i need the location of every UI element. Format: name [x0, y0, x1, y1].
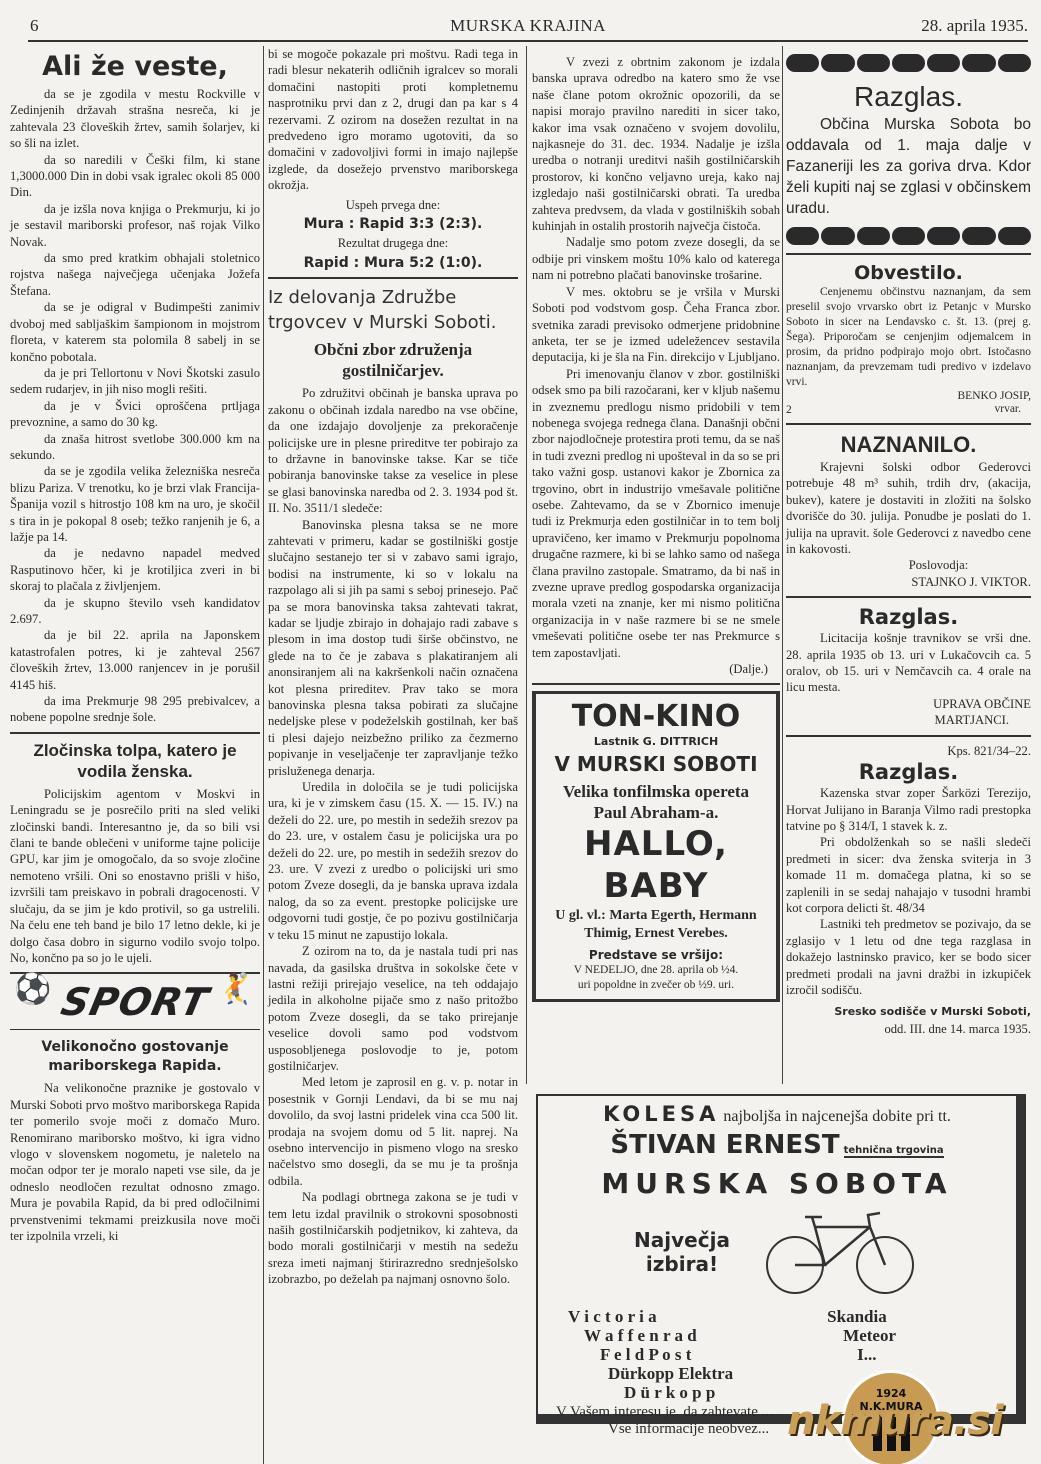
- sport-continued: bi se mogoče pokazale pri moštvu. Radi t…: [268, 46, 518, 194]
- sport-banner: ⚽ SPORT 🤾: [10, 972, 260, 1030]
- shows-time: V NEDELJO, dne 28. aprila ob ½4.: [542, 963, 770, 978]
- zdruzba-kicker: Iz delovanja Združbe trgovcev v Murski S…: [268, 285, 518, 335]
- zdruzba-paragraph: Nadalje smo potom zveze dosegli, da se o…: [532, 234, 780, 283]
- ad-number: 2: [786, 390, 792, 417]
- ton-kino-town: V MURSKI SOBOTI: [542, 751, 770, 777]
- divider: [786, 735, 1031, 737]
- zdruzba-paragraph: Uredila in določila se je tudi policijsk…: [268, 779, 518, 943]
- zdruzba-paragraph: Z ozirom na to, da je nastala tudi pri n…: [268, 943, 518, 1074]
- razglas3-reference: Kps. 821/34–22.: [786, 743, 1031, 759]
- zdruzba-paragraph: Banovinska plesna taksa se ne more zahte…: [268, 517, 518, 780]
- column-2: bi se mogoče pokazale pri moštvu. Radi t…: [268, 46, 518, 1288]
- zdruzba-paragraph: Med letom je zaprosil en g. v. p. notar …: [268, 1074, 518, 1189]
- column-divider: [526, 46, 527, 1084]
- divider: [786, 423, 1031, 425]
- brand: Meteor: [827, 1326, 896, 1345]
- result2-label: Rezultat drugega dne:: [268, 235, 518, 251]
- kolesa-tagline: najboljša in najcenejša dobite pri tt.: [723, 1108, 951, 1125]
- naznanilo-sign-label: Poslovodja:: [786, 557, 1031, 573]
- ton-kino-desc: Velika tonfilmska opereta: [542, 781, 770, 802]
- shop-subtitle: tehnična trgovina: [844, 1145, 944, 1158]
- masthead: 6 MURSKA KRAJINA 28. aprila 1935.: [28, 14, 1028, 42]
- divider: [10, 732, 260, 734]
- sport-banner-title: SPORT: [60, 994, 209, 1010]
- ton-kino-ad: TON-KINO Lastnik G. DITTRICH V MURSKI SO…: [532, 691, 780, 1002]
- zdruzba-paragraph: Na podlagi obrtnega zakona se je tudi v …: [268, 1189, 518, 1287]
- brand: V i c t o r i a: [568, 1307, 733, 1326]
- shows-label: Predstave se vršijo:: [542, 947, 770, 963]
- column-1: Ali že veste, da se je zgodila v mestu R…: [10, 46, 260, 1244]
- naznanilo-body: Krajevni šolski odbor Gederovci potrebuj…: [786, 459, 1031, 557]
- zdruzba-paragraph: Pri imenovanju članov v zbor. gostilnišk…: [532, 366, 780, 661]
- ali-ze-veste-heading: Ali že veste,: [10, 50, 260, 84]
- fact-item: da je izšla nova knjiga o Prekmurju, ki …: [10, 201, 260, 250]
- ali-ze-veste-list: da se je zgodila v mestu Rockville v Zed…: [10, 86, 260, 726]
- divider: [786, 596, 1031, 598]
- zlocinska-heading: Zločinska tolpa, katero je vodila ženska…: [10, 740, 260, 782]
- footballer-figure-icon: ⚽: [14, 982, 51, 998]
- fact-item: da znaša hitrost svetlobe 300.000 km na …: [10, 431, 260, 464]
- fact-item: da ima Prekmurje 98 295 prebivalcev, a n…: [10, 693, 260, 726]
- razglas2-signature: MARTJANCI.: [786, 712, 1031, 728]
- brands-left: V i c t o r i a W a f f e n r a d F e l …: [548, 1307, 733, 1402]
- issue-date: 28. aprila 1935.: [921, 16, 1028, 36]
- slogan-line: Največja: [634, 1228, 730, 1252]
- shop-town: MURSKA SOBOTA: [548, 1167, 1006, 1201]
- obvestilo-role: vrvar.: [958, 403, 1032, 416]
- razglas3-paragraph: Pri obdolženkah so se našli sledeči pred…: [786, 834, 1031, 916]
- column-4: Razglas. Občina Murska Sobota bo oddaval…: [786, 46, 1031, 1037]
- fact-item: da je bil 22. aprila na Japonskem katast…: [10, 627, 260, 693]
- result2-score: Rapid : Mura 5:2 (1:0).: [268, 255, 518, 271]
- divider: [532, 683, 780, 685]
- ornament-bar: [786, 227, 1031, 245]
- obvestilo-body: Cenjenemu občinstvu naznanjam, da sem pr…: [786, 285, 1031, 390]
- site-watermark: nkmura.si: [787, 1398, 1003, 1444]
- sport-heading: Velikonočno gostovanje mariborskega Rapi…: [10, 1038, 260, 1076]
- zdruzba-paragraph: Po združitvi občinah je banska uprava po…: [268, 385, 518, 516]
- fact-item: da se je zgodila velika železniška nesre…: [10, 463, 260, 545]
- film-title: HALLO, BABY: [542, 823, 770, 907]
- fact-item: da je skupno število vseh kandidatov 2.6…: [10, 595, 260, 628]
- zdruzba-heading: Občni zbor združenja gostilničarjev.: [268, 339, 518, 381]
- razglas3-signature: odd. III. dne 14. marca 1935.: [786, 1021, 1031, 1037]
- ton-kino-title: TON-KINO: [542, 700, 770, 734]
- ton-kino-owner: Lastnik G. DITTRICH: [542, 734, 770, 750]
- razglas3-paragraph: Lastniki teh predmetov se pozivajo, da s…: [786, 916, 1031, 998]
- ton-kino-desc: Paul Abraham-a.: [542, 802, 770, 823]
- sport-body: Na velikonočne praznike je gostovalo v M…: [10, 1080, 260, 1244]
- razglas1-heading: Razglas.: [786, 80, 1031, 114]
- obvestilo-heading: Obvestilo.: [786, 261, 1031, 285]
- continued-note: (Dalje.): [532, 661, 780, 677]
- fact-item: da se je odigral v Budimpešti zanimiv dv…: [10, 299, 260, 365]
- brand: F e l d P o s t: [568, 1345, 733, 1364]
- brand: D ü r k o p p: [568, 1383, 733, 1402]
- razglas2-body: Licitacija košnje travnikov se vrši dne.…: [786, 630, 1031, 696]
- fact-item: da je nedavno napadel medved Rasputinovo…: [10, 545, 260, 594]
- brand: Dürkopp Elektra: [568, 1364, 733, 1383]
- kolesa-middle: Največja izbira!: [548, 1207, 1006, 1297]
- razglas3-paragraph: Kazenska stvar zoper Šarközi Terezijo, H…: [786, 785, 1031, 834]
- kolesa-word: KOLESA: [603, 1102, 719, 1126]
- column-divider: [782, 46, 783, 1084]
- brands: V i c t o r i a W a f f e n r a d F e l …: [548, 1307, 1006, 1402]
- divider: [786, 253, 1031, 255]
- goalkeeper-figure-icon: 🤾: [217, 982, 254, 998]
- fact-item: da so naredili v Češki film, ki stane 1,…: [10, 152, 260, 201]
- brand: I...: [827, 1345, 896, 1364]
- razglas2-signature: UPRAVA OBČINE: [786, 696, 1031, 712]
- fact-item: da se je zgodila v mestu Rockville v Zed…: [10, 86, 260, 152]
- naznanilo-signature: STAJNKO J. VIKTOR.: [786, 574, 1031, 590]
- zdruzba-paragraph: V zvezi z obrtnim zakonom je izdala bans…: [532, 54, 780, 234]
- divider: [268, 277, 518, 279]
- bicycle-icon: [760, 1207, 920, 1297]
- brand: W a f f e n r a d: [568, 1326, 733, 1345]
- brand: Skandia: [827, 1307, 896, 1326]
- result1-score: Mura : Rapid 3:3 (2:3).: [268, 216, 518, 232]
- razglas3-signature: Sresko sodišče v Murski Soboti,: [786, 1004, 1031, 1020]
- kolesa-shop-line: ŠTIVAN ERNEST tehnična trgovina: [548, 1129, 1006, 1167]
- newspaper-title: MURSKA KRAJINA: [28, 16, 1028, 36]
- column-divider: [263, 46, 264, 1464]
- zlocinska-body: Policijskim agentom v Moskvi in Leningra…: [10, 786, 260, 966]
- zdruzba-paragraph: V mes. oktobru se je vršila v Murski Sob…: [532, 284, 780, 366]
- razglas2-heading: Razglas.: [786, 604, 1031, 630]
- kolesa-ad: KOLESA najboljša in najcenejša dobite pr…: [536, 1094, 1026, 1424]
- shows-time: uri popoldne in zvečer ob ½9. uri.: [542, 978, 770, 993]
- obvestilo-signature: BENKO JOSIP,: [958, 390, 1032, 403]
- naznanilo-heading: NAZNANILO.: [786, 431, 1031, 459]
- column-3: V zvezi z obrtnim zakonom je izdala bans…: [532, 46, 780, 1002]
- film-cast: Thimig, Ernest Verebes.: [542, 925, 770, 943]
- fact-item: da smo pred kratkim obhajali stoletnico …: [10, 250, 260, 299]
- fact-item: da je v Švici oproščena prtljaga prevozn…: [10, 398, 260, 431]
- ornament-bar: [786, 54, 1031, 72]
- obvestilo-signature-row: 2 BENKO JOSIP,vrvar.: [786, 390, 1031, 417]
- film-cast: U gl. vl.: Marta Egerth, Hermann: [542, 907, 770, 925]
- razglas1-body: Občina Murska Sobota bo oddavala od 1. m…: [786, 114, 1031, 219]
- fact-item: da je pri Tellortonu v Novi Škotski zasu…: [10, 365, 260, 398]
- slogan: Največja izbira!: [634, 1228, 730, 1276]
- razglas3-heading: Razglas.: [786, 759, 1031, 785]
- kolesa-line1: KOLESA najboljša in najcenejša dobite pr…: [548, 1102, 1006, 1129]
- result1-label: Uspeh prvega dne:: [268, 197, 518, 213]
- slogan-line: izbira!: [634, 1252, 730, 1276]
- shop-name: ŠTIVAN ERNEST: [610, 1130, 839, 1160]
